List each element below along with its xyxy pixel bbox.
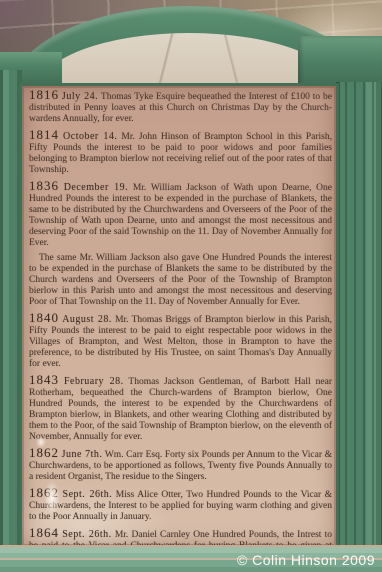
board-entry-1843: 1843 February 28. Thomas Jackson Gentlem… — [29, 374, 332, 443]
entry-year: 1843 — [29, 372, 59, 387]
entry-year: 1840 — [29, 310, 59, 325]
entry-date: August 28. — [62, 314, 112, 325]
board-entry-1816: 1816 July 24. Thomas Tyke Esquire bequea… — [29, 89, 332, 125]
benefaction-board: 1816 July 24. Thomas Tyke Esquire bequea… — [22, 86, 336, 546]
entry-date: December 19. — [64, 182, 128, 193]
entry-year: 1864 — [29, 525, 59, 540]
paint-scuff — [44, 481, 60, 515]
entry-year: 1816 — [29, 87, 59, 102]
board-entry-1862-carr: 1862 June 7th. Wm. Carr Esq. Forty six P… — [29, 447, 332, 483]
entry-date: Sept. 26th. — [62, 529, 111, 540]
entry-date: October 14. — [63, 131, 117, 142]
entry-date: June 7th. — [62, 449, 103, 460]
entry-year: 1814 — [29, 127, 59, 142]
church-benefaction-board-photo: 1816 July 24. Thomas Tyke Esquire bequea… — [0, 0, 382, 572]
entry-date: February 28. — [64, 376, 124, 387]
photographer-credit: © Colin Hinson 2009 — [237, 552, 375, 568]
entry-date: July 24. — [62, 91, 98, 102]
frame-stile-left — [0, 70, 22, 572]
board-entry-1836: 1836 December 19. Mr. William Jackson of… — [29, 180, 332, 249]
entry-year: 1836 — [29, 178, 59, 193]
entry-text: The same Mr. William Jackson also gave O… — [29, 253, 332, 308]
board-text: 1816 July 24. Thomas Tyke Esquire bequea… — [29, 89, 332, 567]
paint-scuff — [36, 436, 46, 448]
entry-date: Sept. 26th. — [63, 489, 113, 500]
board-entry-1840: 1840 August 28. Mr. Thomas Briggs of Bra… — [29, 312, 332, 370]
board-entry-1862-otter: 1862 Sept. 26th. Miss Alice Otter, Two H… — [29, 487, 332, 523]
frame-stile-right — [336, 82, 382, 572]
board-entry-1814: 1814 October 14. Mr. John Hinson of Bram… — [29, 129, 332, 176]
board-entry-jackson-second-gift: The same Mr. William Jackson also gave O… — [29, 253, 332, 308]
